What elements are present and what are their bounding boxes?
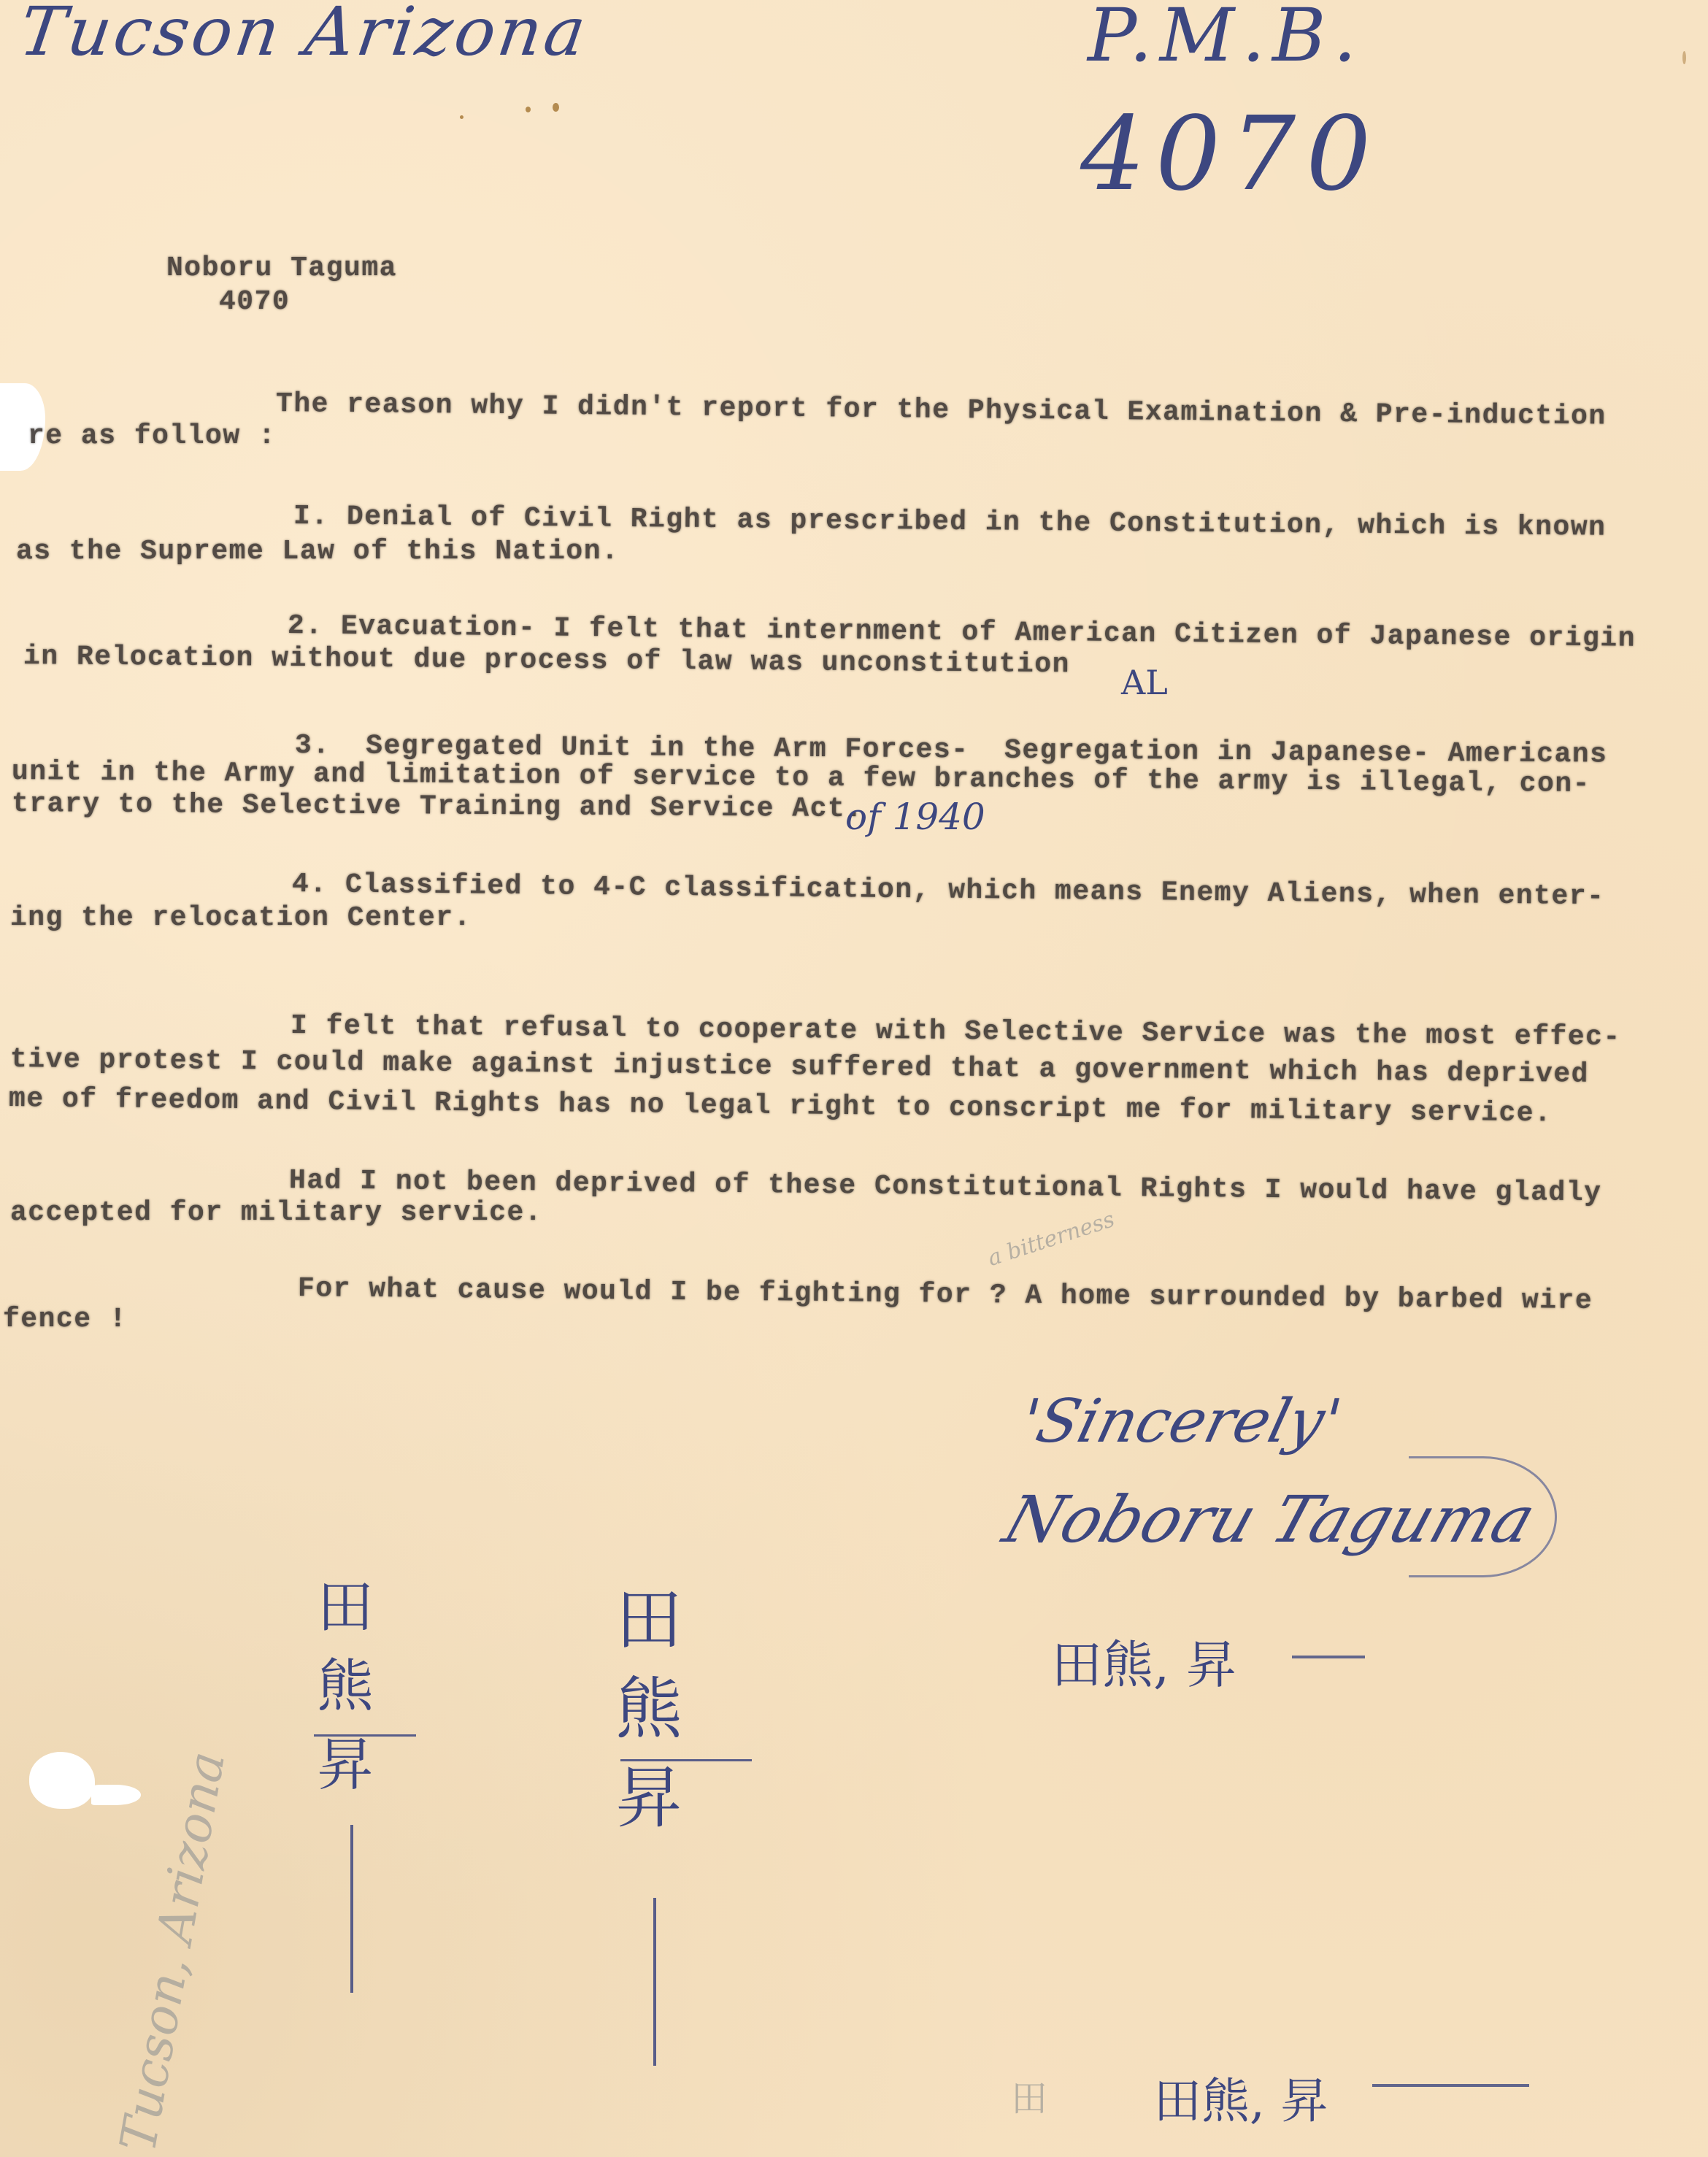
document-page: Tucson Arizona P.M.B. 4070 Noboru Taguma… xyxy=(0,0,1708,2157)
handwritten-addition-1940: of 1940 xyxy=(845,796,985,838)
paragraph-3-line-1: For what cause would I be fighting for ?… xyxy=(298,1273,1593,1317)
paragraph-1-line-3: me of freedom and Civil Rights has no le… xyxy=(9,1083,1553,1129)
ink-stain xyxy=(526,107,531,112)
reason-4-line-1: 4. Classified to 4-C classification, whi… xyxy=(292,869,1605,912)
reason-1-line-2: as the Supreme Law of this Nation. xyxy=(16,536,619,567)
torn-hole-bottom xyxy=(29,1752,95,1809)
handwritten-file-number: 4070 xyxy=(1080,95,1381,214)
reason-4-line-2: ing the relocation Center. xyxy=(10,902,472,934)
author-number: 4070 xyxy=(219,286,290,318)
handwritten-correction-al: AL xyxy=(1121,663,1168,702)
ink-stain xyxy=(553,103,559,112)
bottom-kanji-underline xyxy=(1372,2084,1529,2087)
kanji-practice-stroke-2 xyxy=(653,1898,656,2066)
signature-kanji-underline xyxy=(1292,1656,1365,1658)
signature-flourish xyxy=(1409,1456,1557,1577)
intro-line-2: re as follow : xyxy=(28,420,276,452)
paragraph-2-line-2: accepted for military service. xyxy=(10,1197,542,1229)
intro-line-1: The reason why I didn't report for the P… xyxy=(276,388,1607,432)
kanji-practice-column-1: 田熊昇 xyxy=(299,1577,381,2088)
kanji-practice-bar-1 xyxy=(314,1734,416,1737)
paragraph-3-line-2: fence ! xyxy=(3,1304,127,1335)
kanji-practice-stroke-1 xyxy=(350,1825,353,1993)
handwritten-location: Tucson Arizona xyxy=(15,0,593,71)
ink-stain xyxy=(1682,51,1686,64)
torn-hole-bottom-tail xyxy=(91,1785,141,1805)
pencil-faint-kanji: 田 xyxy=(1011,2069,1047,2122)
handwritten-file-code: P.M.B. xyxy=(1088,0,1363,78)
ink-stain xyxy=(460,115,463,119)
pencil-margin-location: Tucson, Arizona xyxy=(109,1747,236,2156)
bottom-kanji-signature: 田熊, 昇 xyxy=(1153,2062,1328,2131)
author-name: Noboru Taguma xyxy=(166,253,397,284)
kanji-practice-column-2: 田熊昇 xyxy=(595,1584,691,2139)
paragraph-1-line-1: I felt that refusal to cooperate with Se… xyxy=(291,1010,1621,1053)
signature-kanji: 田熊, 昇 xyxy=(1051,1624,1237,1698)
valediction: 'Sincerely' xyxy=(1013,1387,1348,1456)
reason-3-line-3: trary to the Selective Training and Serv… xyxy=(12,788,863,825)
kanji-practice-bar-2 xyxy=(620,1759,752,1761)
pencil-note: a bitterness xyxy=(985,1207,1117,1272)
